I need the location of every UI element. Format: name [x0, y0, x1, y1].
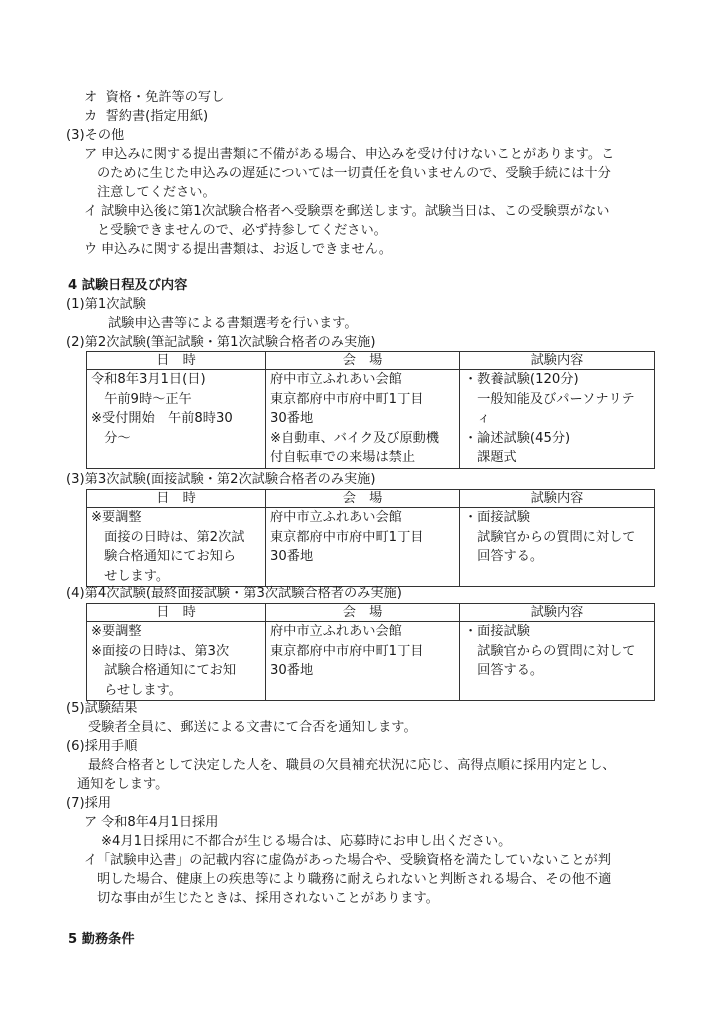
item-text: 資格・免許等の写し: [106, 90, 225, 105]
other-item-i-label: イ: [84, 202, 97, 221]
cell-line: 府中市立ふれあい会館: [270, 370, 455, 390]
cell-line: 東京都府中市府中町1丁目: [270, 528, 455, 548]
cell-line: ※要調整: [91, 508, 261, 528]
cell-content: ・面接試験 試験官からの質問に対して 回答する。: [460, 622, 655, 701]
cell-line: 課題式: [464, 448, 650, 468]
cell-datetime: ※要調整 ※面接の日時は、第3次 試験合格通知にてお知 らせします。: [87, 622, 266, 701]
header-venue: 会 場: [266, 352, 460, 370]
other-heading: (3)その他: [66, 126, 124, 145]
second-exam-table: 日 時 会 場 試験内容 令和8年3月1日(日) 午前9時～正午 ※受付開始 午…: [86, 351, 655, 469]
table-row: 令和8年3月1日(日) 午前9時～正午 ※受付開始 午前8時30 分～ 府中市立…: [87, 370, 655, 469]
cell-line: ・面接試験: [464, 508, 650, 528]
cell-line: ※自動車、バイク及び原動機: [270, 429, 455, 449]
header-venue: 会 場: [266, 490, 460, 508]
hiring-item-i-line3: 切な事由が生じたときは、採用されないことがあります。: [97, 889, 439, 908]
cell-content: ・面接試験 試験官からの質問に対して 回答する。: [460, 508, 655, 587]
header-datetime: 日 時: [87, 490, 266, 508]
cell-line: ※面接の日時は、第3次: [91, 642, 261, 662]
cell-venue: 府中市立ふれあい会館 東京都府中市府中町1丁目 30番地 ※自動車、バイク及び原…: [266, 370, 460, 469]
other-item-a-line1: 申込みに関する提出書類に不備がある場合、申込みを受け付けないことがあります。こ: [101, 145, 614, 164]
cell-line: 回答する。: [464, 547, 650, 567]
item-label: オ: [84, 90, 97, 105]
cell-line: ・教養試験(120分): [464, 370, 650, 390]
cell-line: 一般知能及びパーソナリテ: [464, 390, 650, 410]
table-row: ※要調整 ※面接の日時は、第3次 試験合格通知にてお知 らせします。 府中市立ふ…: [87, 622, 655, 701]
results-text: 受験者全員に、郵送による文書にて合否を通知します。: [88, 718, 417, 737]
cell-line: ※要調整: [91, 622, 261, 642]
table-header-row: 日 時 会 場 試験内容: [87, 352, 655, 370]
cell-line: 30番地: [270, 409, 455, 429]
cell-line: ※受付開始 午前8時30: [91, 409, 261, 429]
cell-venue: 府中市立ふれあい会館 東京都府中市府中町1丁目 30番地: [266, 622, 460, 701]
hiring-item-a-label: ア: [84, 813, 97, 832]
other-item-u-label: ウ: [84, 240, 97, 259]
header-venue: 会 場: [266, 604, 460, 622]
cell-datetime: ※要調整 面接の日時は、第2次試 験合格通知にてお知ら せします。: [87, 508, 266, 587]
doc-item-ka: カ 誓約書(指定用紙): [84, 107, 208, 126]
third-exam-heading: (3)第3次試験(面接試験・第2次試験合格者のみ実施): [66, 470, 376, 489]
cell-line: 試験合格通知にてお知: [91, 661, 261, 681]
cell-line: 30番地: [270, 661, 455, 681]
cell-line: 府中市立ふれあい会館: [270, 508, 455, 528]
procedure-heading: (6)採用手順: [66, 737, 137, 756]
procedure-line2: 通知をします。: [77, 775, 168, 794]
third-exam-table: 日 時 会 場 試験内容 ※要調整 面接の日時は、第2次試 験合格通知にてお知ら…: [86, 489, 655, 587]
other-item-i-line1: 試験申込後に第1次試験合格者へ受験票を郵送します。試験当日は、この受験票がない: [101, 202, 609, 221]
cell-datetime: 令和8年3月1日(日) 午前9時～正午 ※受付開始 午前8時30 分～: [87, 370, 266, 469]
cell-line: らせします。: [91, 681, 261, 701]
cell-line: ・面接試験: [464, 622, 650, 642]
section4-heading: 4 試験日程及び内容: [68, 276, 187, 295]
header-datetime: 日 時: [87, 604, 266, 622]
cell-line: 分～: [91, 429, 261, 449]
header-content: 試験内容: [460, 490, 655, 508]
other-item-a-line2: のために生じた申込みの遅延については一切責任を負いませんので、受験手続には十分: [97, 164, 611, 183]
hiring-item-i-label: イ: [84, 851, 97, 870]
results-heading: (5)試験結果: [66, 699, 137, 718]
table-row: ※要調整 面接の日時は、第2次試 験合格通知にてお知ら せします。 府中市立ふれ…: [87, 508, 655, 587]
header-datetime: 日 時: [87, 352, 266, 370]
cell-line: 午前9時～正午: [91, 390, 261, 410]
header-content: 試験内容: [460, 352, 655, 370]
first-exam-heading: (1)第1次試験: [66, 295, 146, 314]
other-item-a-line3: 注意してください。: [97, 183, 216, 202]
other-item-i-line2: と受験できませんので、必ず持参してください。: [97, 221, 387, 240]
other-item-u-line1: 申込みに関する提出書類は、お返しできません。: [101, 240, 392, 259]
hiring-item-i-line2: 明した場合、健康上の疾患等により職務に耐えられないと判断される場合、その他不適: [97, 870, 611, 889]
cell-line: ・論述試験(45分): [464, 429, 650, 449]
cell-line: 30番地: [270, 547, 455, 567]
cell-line: 試験官からの質問に対して: [464, 642, 650, 662]
item-text: 誓約書(指定用紙): [106, 109, 209, 124]
cell-line: 令和8年3月1日(日): [91, 370, 261, 390]
cell-line: 験合格通知にてお知ら: [91, 547, 261, 567]
cell-venue: 府中市立ふれあい会館 東京都府中市府中町1丁目 30番地: [266, 508, 460, 587]
other-item-a-label: ア: [84, 145, 97, 164]
doc-item-o: オ 資格・免許等の写し: [84, 88, 224, 107]
table-header-row: 日 時 会 場 試験内容: [87, 604, 655, 622]
fourth-exam-heading: (4)第4次試験(最終面接試験・第3次試験合格者のみ実施): [66, 584, 402, 603]
cell-line: 付自転車での来場は禁止: [270, 448, 455, 468]
cell-line: 府中市立ふれあい会館: [270, 622, 455, 642]
first-exam-text: 試験申込書等による書類選考を行います。: [108, 314, 358, 333]
section5-heading: 5 勤務条件: [68, 930, 135, 949]
item-label: カ: [84, 109, 97, 124]
hiring-item-i-line1: 「試験申込書」の記載内容に虚偽があった場合や、受験資格を満たしていないことが判: [97, 851, 611, 870]
procedure-line1: 最終合格者として決定した人を、職員の欠員補充状況に応じ、高得点順に採用内定とし、: [88, 756, 616, 775]
header-content: 試験内容: [460, 604, 655, 622]
cell-line: 東京都府中市府中町1丁目: [270, 642, 455, 662]
hiring-item-a-text: 令和8年4月1日採用: [101, 813, 218, 832]
cell-line: 東京都府中市府中町1丁目: [270, 390, 455, 410]
table-header-row: 日 時 会 場 試験内容: [87, 490, 655, 508]
hiring-heading: (7)採用: [66, 794, 111, 813]
second-exam-heading: (2)第2次試験(筆記試験・第1次試験合格者のみ実施): [66, 333, 376, 352]
hiring-item-a-note: ※4月1日採用に不都合が生じる場合は、応募時にお申し出ください。: [101, 832, 511, 851]
cell-content: ・教養試験(120分) 一般知能及びパーソナリテ ィ ・論述試験(45分) 課題…: [460, 370, 655, 469]
cell-line: 回答する。: [464, 661, 650, 681]
fourth-exam-table: 日 時 会 場 試験内容 ※要調整 ※面接の日時は、第3次 試験合格通知にてお知…: [86, 603, 655, 701]
cell-line: 試験官からの質問に対して: [464, 528, 650, 548]
cell-line: 面接の日時は、第2次試: [91, 528, 261, 548]
cell-line: ィ: [464, 409, 650, 429]
